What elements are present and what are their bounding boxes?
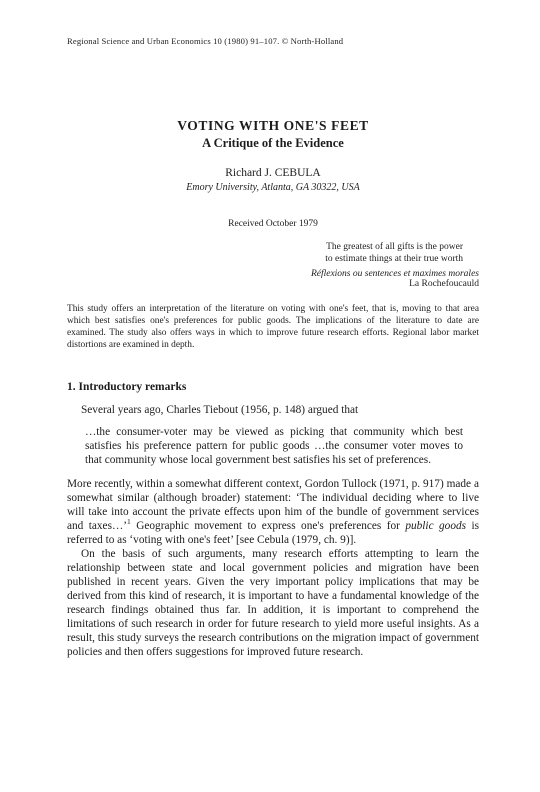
- paragraph-tullock-italic-public-goods: public goods: [405, 520, 466, 532]
- scanned-paper-page: Regional Science and Urban Economics 10 …: [0, 0, 540, 792]
- epigraph-line-1: The greatest of all gifts is the power: [67, 241, 463, 253]
- journal-citation-line: Regional Science and Urban Economics 10 …: [67, 36, 479, 46]
- author-name: Richard J. CEBULA: [67, 167, 479, 179]
- paper-title: VOTING WITH ONE'S FEET: [67, 118, 479, 134]
- epigraph: The greatest of all gifts is the power t…: [67, 241, 479, 265]
- paragraph-tullock: More recently, within a somewhat differe…: [67, 477, 479, 547]
- paragraph-tiebout-intro: Several years ago, Charles Tiebout (1956…: [67, 403, 479, 417]
- page-content: Regional Science and Urban Economics 10 …: [67, 0, 479, 659]
- epigraph-line-2: to estimate things at their true worth: [67, 253, 463, 265]
- block-quote-tiebout: …the consumer-voter may be viewed as pic…: [85, 425, 463, 467]
- received-date: Received October 1979: [67, 219, 479, 229]
- paragraph-research-survey: On the basis of such arguments, many res…: [67, 547, 479, 659]
- epigraph-attribution: La Rochefoucauld: [67, 279, 479, 289]
- epigraph-source-title: Réflexions ou sentences et maximes moral…: [67, 269, 479, 279]
- paper-subtitle: A Critique of the Evidence: [67, 136, 479, 151]
- author-affiliation: Emory University, Atlanta, GA 30322, USA: [67, 182, 479, 193]
- paragraph-tullock-part2: Geographic movement to express one's pre…: [131, 520, 406, 532]
- abstract-text: This study offers an interpretation of t…: [67, 303, 479, 351]
- section-heading-introductory-remarks: 1. Introductory remarks: [67, 381, 479, 393]
